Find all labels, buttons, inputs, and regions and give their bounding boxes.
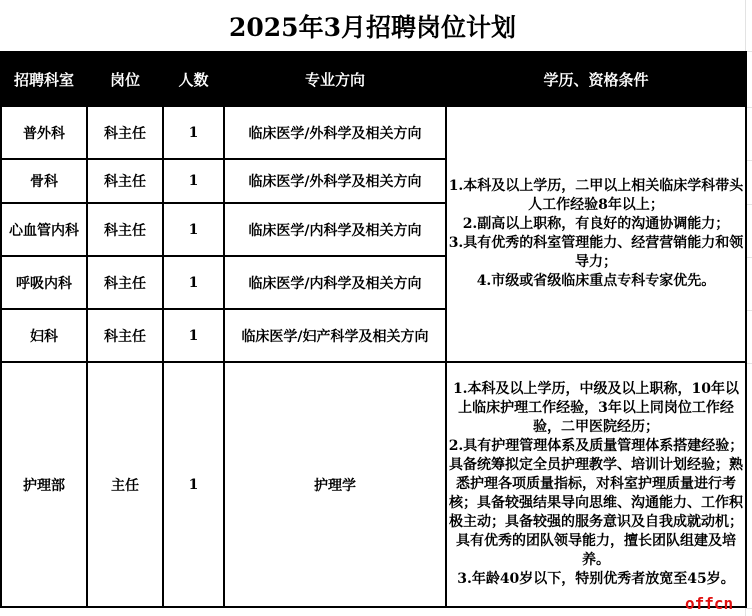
cell-position: 主任 [87,362,163,607]
cell-position: 科主任 [87,309,163,362]
cell-count: 1 [163,106,224,159]
cell-position: 科主任 [87,256,163,309]
header-position: 岗位 [87,52,163,106]
header-requirements: 学历、资格条件 [446,52,746,106]
page-title: 2025年3月招聘岗位计划 [0,0,745,51]
recruitment-table: 招聘科室 岗位 人数 专业方向 学历、资格条件 普外科 科主任 1 临床医学/外… [0,51,747,608]
cell-major: 临床医学/内科学及相关方向 [224,203,446,256]
watermark-logo: offcn [685,594,733,613]
sheet-gridline [745,608,752,609]
cell-major: 临床医学/外科学及相关方向 [224,159,446,203]
cell-count: 1 [163,256,224,309]
cell-major: 临床医学/外科学及相关方向 [224,106,446,159]
cell-position: 科主任 [87,203,163,256]
cell-count: 1 [163,362,224,607]
header-major: 专业方向 [224,52,446,106]
cell-count: 1 [163,309,224,362]
cell-department: 骨科 [1,159,87,203]
cell-major: 临床医学/妇产科学及相关方向 [224,309,446,362]
header-department: 招聘科室 [1,52,87,106]
cell-department: 普外科 [1,106,87,159]
cell-department: 心血管内科 [1,203,87,256]
cell-count: 1 [163,203,224,256]
cell-department: 护理部 [1,362,87,607]
cell-count: 1 [163,159,224,203]
table-row: 护理部 主任 1 护理学 1.本科及以上学历，中级及以上职称，10年以上临床护理… [1,362,746,607]
cell-department: 妇科 [1,309,87,362]
header-count: 人数 [163,52,224,106]
cell-department: 呼吸内科 [1,256,87,309]
cell-requirements-doctors: 1.本科及以上学历，二甲以上相关临床学科带头人工作经验8年以上； 2.副高以上职… [446,106,746,362]
cell-position: 科主任 [87,106,163,159]
cell-major: 护理学 [224,362,446,607]
cell-major: 临床医学/内科学及相关方向 [224,256,446,309]
table-header-row: 招聘科室 岗位 人数 专业方向 学历、资格条件 [1,52,746,106]
cell-position: 科主任 [87,159,163,203]
cell-requirements-nursing: 1.本科及以上学历，中级及以上职称，10年以上临床护理工作经验，3年以上同岗位工… [446,362,746,607]
table-row: 普外科 科主任 1 临床医学/外科学及相关方向 1.本科及以上学历，二甲以上相关… [1,106,746,159]
